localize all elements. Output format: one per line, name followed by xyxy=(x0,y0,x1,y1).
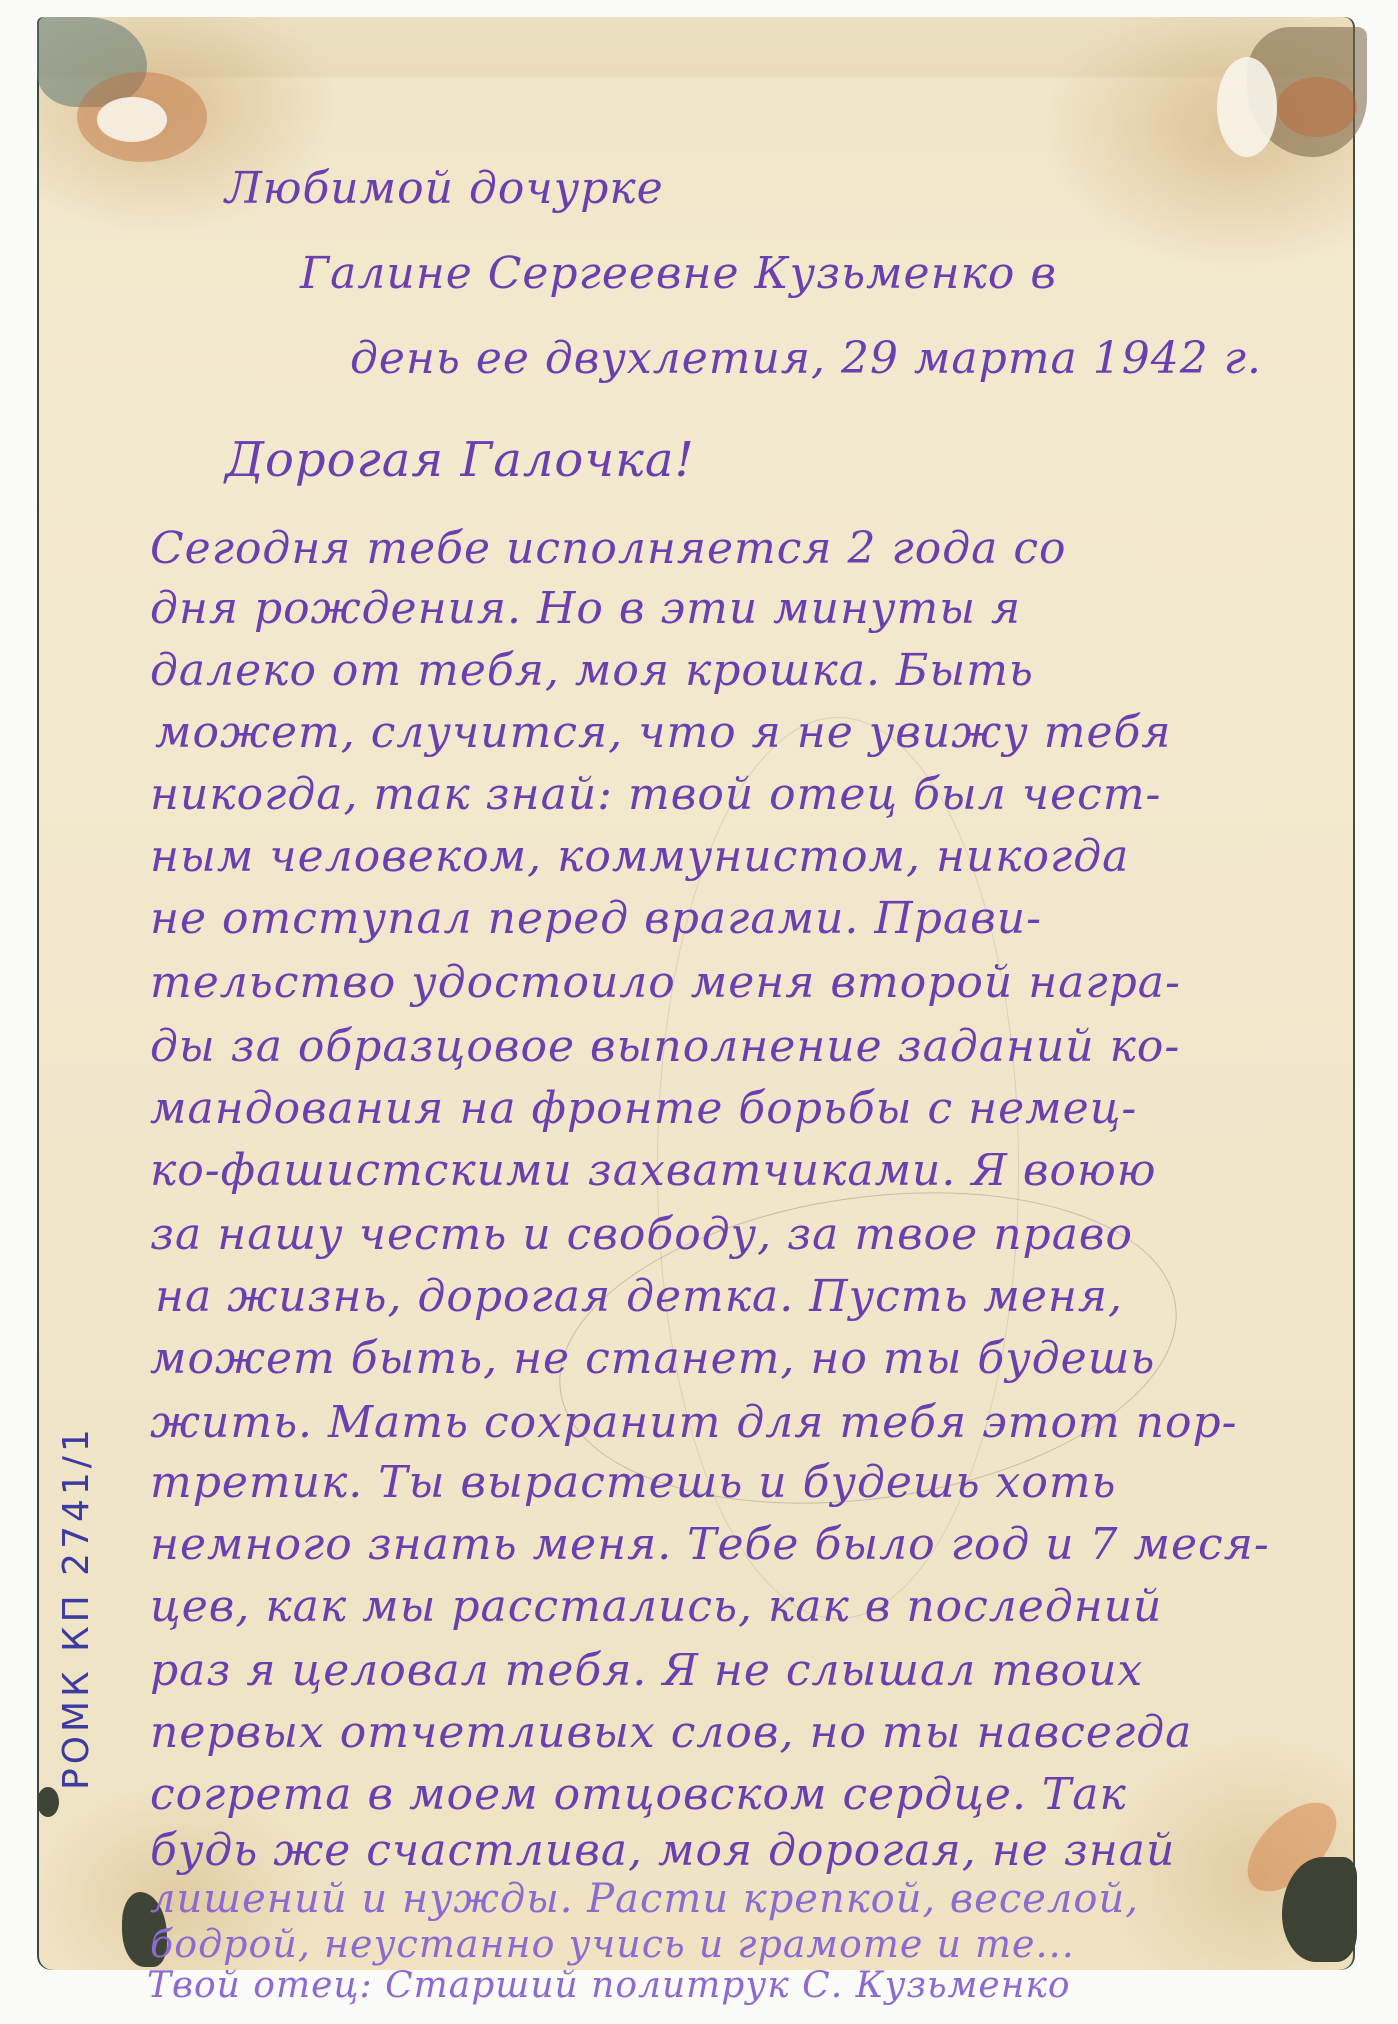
dedication-line-3: день ее двухлетия, 29 марта 1942 г. xyxy=(350,337,1262,381)
body-line: не отступал перед врагами. Прави- xyxy=(150,897,1042,941)
paper-tear-top-left xyxy=(97,97,167,142)
body-line: ды за образцовое выполнение заданий ко- xyxy=(150,1025,1180,1069)
archive-inventory-mark: РОМК КП 2741/1 xyxy=(56,1425,97,1790)
paper-tear-top-right xyxy=(1217,57,1277,157)
body-line: немного знать меня. Тебе было год и 7 ме… xyxy=(150,1523,1270,1567)
body-line: первых отчетливых слов, но ты навсегда xyxy=(150,1711,1192,1755)
body-line: тельство удостоило меня второй награ- xyxy=(150,961,1181,1005)
dedication-line-1: Любимой дочурке xyxy=(225,167,664,211)
body-line: ко-фашистскими захватчиками. Я воюю xyxy=(150,1149,1156,1193)
greeting: Дорогая Галочка! xyxy=(225,432,695,488)
body-line: никогда, так знай: твой отец был чест- xyxy=(150,773,1161,817)
body-line: за нашу честь и свободу, за твое право xyxy=(150,1213,1133,1257)
rust-stain-top-right xyxy=(1277,77,1357,137)
body-line: лишений и нужды. Расти крепкой, веселой, xyxy=(150,1879,1139,1919)
body-line: бодрой, неустанно учись и грамоте и те..… xyxy=(150,1925,1075,1963)
body-line: согрета в моем отцовском сердце. Так xyxy=(150,1773,1127,1817)
body-line: ным человеком, коммунистом, никогда xyxy=(150,835,1129,879)
signature: Твой отец: Старший политрук С. Кузьменко xyxy=(147,1965,1071,2006)
postcard-back: Любимой дочурке Галине Сергеевне Кузьмен… xyxy=(37,17,1355,1970)
glue-residue-bottom-right xyxy=(1282,1857,1357,1962)
body-line: цев, как мы расстались, как в последний xyxy=(150,1585,1162,1629)
body-line: далеко от тебя, моя крошка. Быть xyxy=(150,649,1034,693)
glue-residue-left-edge xyxy=(37,1787,59,1817)
body-line: Сегодня тебе исполняется 2 года со xyxy=(150,527,1066,571)
body-line: раз я целовал тебя. Я не слышал твоих xyxy=(150,1649,1143,1693)
body-line: может быть, не станет, но ты будешь xyxy=(150,1337,1155,1381)
body-line: жить. Мать сохранит для тебя этот пор- xyxy=(150,1401,1238,1445)
body-line: будь же счастлива, моя дорогая, не знай xyxy=(150,1829,1175,1873)
dedication-line-2: Галине Сергеевне Кузьменко в xyxy=(300,252,1057,296)
body-line: на жизнь, дорогая детка. Пусть меня, xyxy=(155,1275,1123,1319)
body-line: дня рождения. Но в эти минуты я xyxy=(150,587,1021,631)
body-line: мандования на фронте борьбы с немец- xyxy=(150,1087,1137,1131)
body-line: может, случится, что я не увижу тебя xyxy=(155,711,1172,755)
body-line: третик. Ты вырастешь и будешь хоть xyxy=(150,1461,1117,1505)
